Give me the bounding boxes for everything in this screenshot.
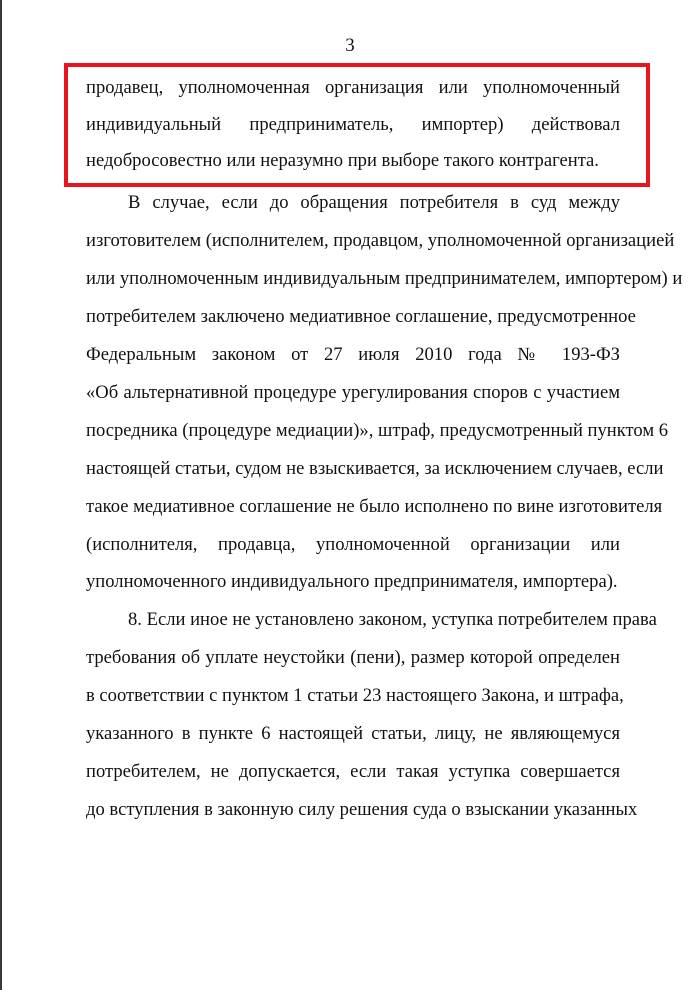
text-line: настоящей статьи, судом не взыскивается,…: [86, 457, 620, 481]
text-line: потребителем заключено медиативное согла…: [86, 305, 620, 329]
text-line: до вступления в законную силу решения су…: [86, 798, 620, 822]
text-line: такое медиативное соглашение не было исп…: [86, 495, 620, 519]
text-line: изготовителем (исполнителем, продавцом, …: [86, 229, 620, 253]
text-line: В случае, если до обращения потребителя …: [128, 191, 620, 215]
text-line: посредника (процедуре медиации)», штраф,…: [86, 419, 620, 443]
text-line: недобросовестно или неразумно при выборе…: [86, 149, 620, 173]
text-line: Федеральным законом от 27 июля 2010 года…: [86, 343, 620, 367]
page-number: 3: [0, 34, 700, 58]
text-line: или уполномоченным индивидуальным предпр…: [86, 267, 620, 291]
text-line: уполномоченного индивидуального предприн…: [86, 570, 620, 594]
text-line: (исполнителя, продавца, уполномоченной о…: [86, 533, 620, 557]
page-left-edge: [0, 0, 2, 990]
text-line: потребителем, не допускается, если такая…: [86, 760, 620, 784]
text-line: в соответствии с пунктом 1 статьи 23 нас…: [86, 684, 620, 708]
text-line: требования об уплате неустойки (пени), р…: [86, 646, 620, 670]
text-line: индивидуальный предприниматель, импортер…: [86, 113, 620, 137]
text-line: 8. Если иное не установлено законом, уст…: [128, 608, 620, 632]
text-line: указанного в пункте 6 настоящей статьи, …: [86, 722, 620, 746]
text-line: «Об альтернативной процедуре урегулирова…: [86, 381, 620, 405]
text-line: продавец, уполномоченная организация или…: [86, 76, 620, 100]
